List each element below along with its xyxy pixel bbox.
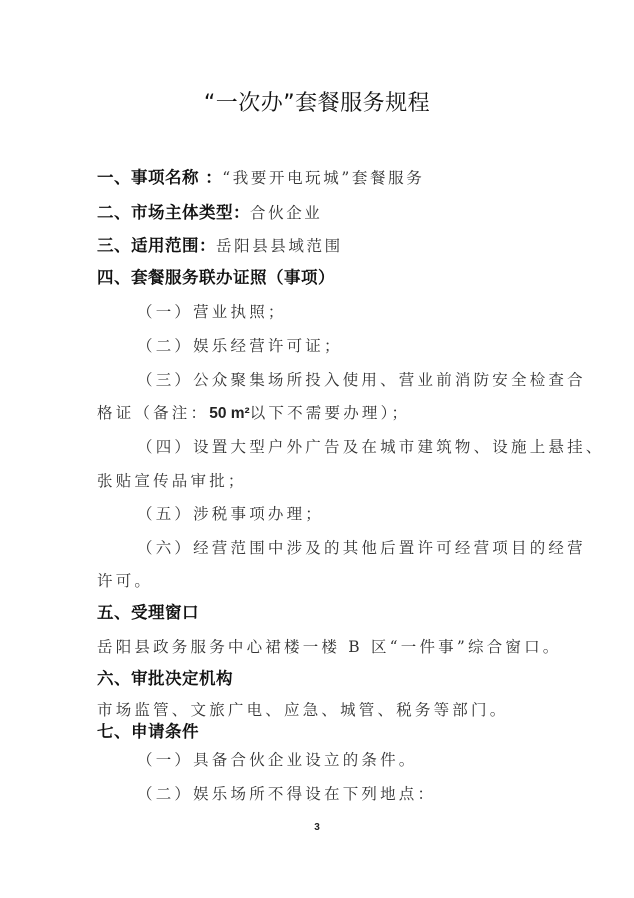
list-item: （一）营业执照； — [137, 302, 287, 322]
continuation-prefix: 格证（备注： — [97, 404, 209, 422]
continuation-suffix: 以下不需要办理）； — [250, 404, 411, 422]
section-application-conditions-heading: 七、申请条件 — [97, 722, 199, 742]
section-value: 合伙企业 — [250, 204, 322, 222]
section-label: 二、市场主体类型： — [97, 203, 250, 222]
list-item: （一）具备合伙企业设立的条件。 — [137, 750, 418, 770]
document-page: “一次办”套餐服务规程 一、事项名称 ：“我要开电玩城”套餐服务 二、市场主体类… — [0, 0, 634, 898]
document-title: “一次办”套餐服务规程 — [0, 86, 634, 117]
section-scope: 三、适用范围：岳阳县县域范围 — [97, 236, 343, 256]
list-item-continuation: 许可。 — [97, 571, 153, 591]
section-label: 一、事项名称 ： — [97, 168, 222, 187]
list-item: （三）公众聚集场所投入使用、营业前消防安全检查合 — [137, 370, 586, 390]
list-item: （二）娱乐场所不得设在下列地点： — [137, 784, 436, 804]
section-acceptance-window-text: 岳阳县政务服务中心裙楼一楼 B 区“一件事”综合窗口。 — [97, 637, 562, 657]
section-bundled-licenses-heading: 四、套餐服务联办证照（事项） — [97, 268, 335, 288]
area-value: 50 m² — [209, 405, 250, 422]
section-value: “我要开电玩城”套餐服务 — [222, 169, 424, 187]
list-item: （二）娱乐经营许可证； — [137, 336, 343, 356]
section-item-name: 一、事项名称 ：“我要开电玩城”套餐服务 — [97, 168, 424, 188]
list-item: （六）经营范围中涉及的其他后置许可经营项目的经营 — [137, 538, 586, 558]
section-acceptance-window-heading: 五、受理窗口 — [97, 603, 199, 623]
list-item: （四）设置大型户外广告及在城市建筑物、设施上悬挂、 — [137, 437, 605, 457]
list-item-continuation: 格证（备注：50 m²以下不需要办理）； — [97, 403, 410, 424]
section-label: 三、适用范围： — [97, 236, 216, 255]
list-item: （五）涉税事项办理； — [137, 504, 324, 524]
section-approval-authority-heading: 六、审批决定机构 — [97, 669, 233, 689]
section-market-entity-type: 二、市场主体类型：合伙企业 — [97, 203, 322, 223]
section-value: 岳阳县县域范围 — [216, 237, 343, 255]
section-approval-authority-text: 市场监管、文旅广电、应急、城管、税务等部门。 — [97, 700, 508, 720]
page-number: 3 — [0, 822, 634, 833]
list-item-continuation: 张贴宣传品审批； — [97, 471, 247, 491]
